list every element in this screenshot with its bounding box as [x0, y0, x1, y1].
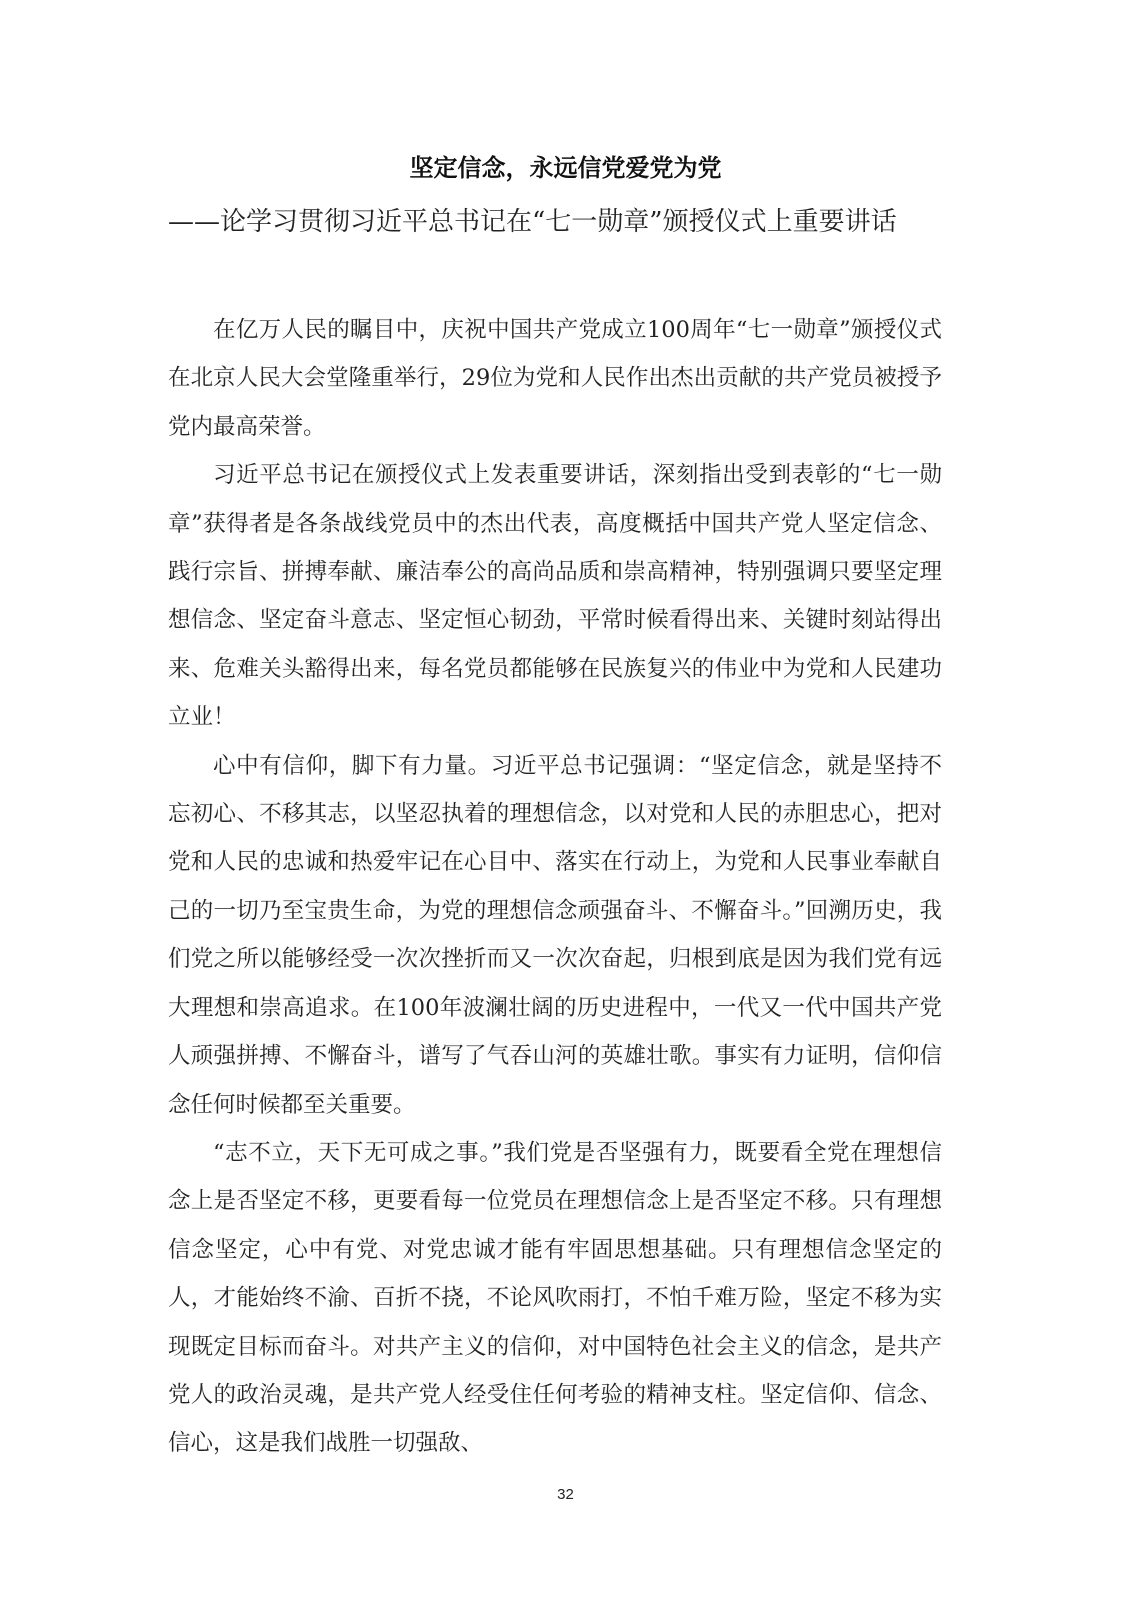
paragraph: “志不立，天下无可成之事。”我们党是否坚强有力，既要看全党在理想信念上是否坚定不…: [168, 1129, 942, 1468]
article-subtitle: ——论学习贯彻习近平总书记在“七一勋章”颁授仪式上重要讲话: [168, 202, 958, 242]
paragraph: 心中有信仰，脚下有力量。习近平总书记强调：“坚定信念，就是坚持不忘初心、不移其志…: [168, 742, 942, 1129]
article-body: 在亿万人民的瞩目中，庆祝中国共产党成立100周年“七一勋章”颁授仪式在北京人民大…: [168, 306, 942, 1468]
paragraph: 习近平总书记在颁授仪式上发表重要讲话，深刻指出受到表彰的“七一勋章”获得者是各条…: [168, 451, 942, 741]
paragraph: 在亿万人民的瞩目中，庆祝中国共产党成立100周年“七一勋章”颁授仪式在北京人民大…: [168, 306, 942, 451]
document-page: 坚定信念，永远信党爱党为党 ——论学习贯彻习近平总书记在“七一勋章”颁授仪式上重…: [0, 0, 1131, 1600]
article-title: 坚定信念，永远信党爱党为党: [0, 150, 1131, 186]
page-number: 32: [0, 1486, 1131, 1503]
